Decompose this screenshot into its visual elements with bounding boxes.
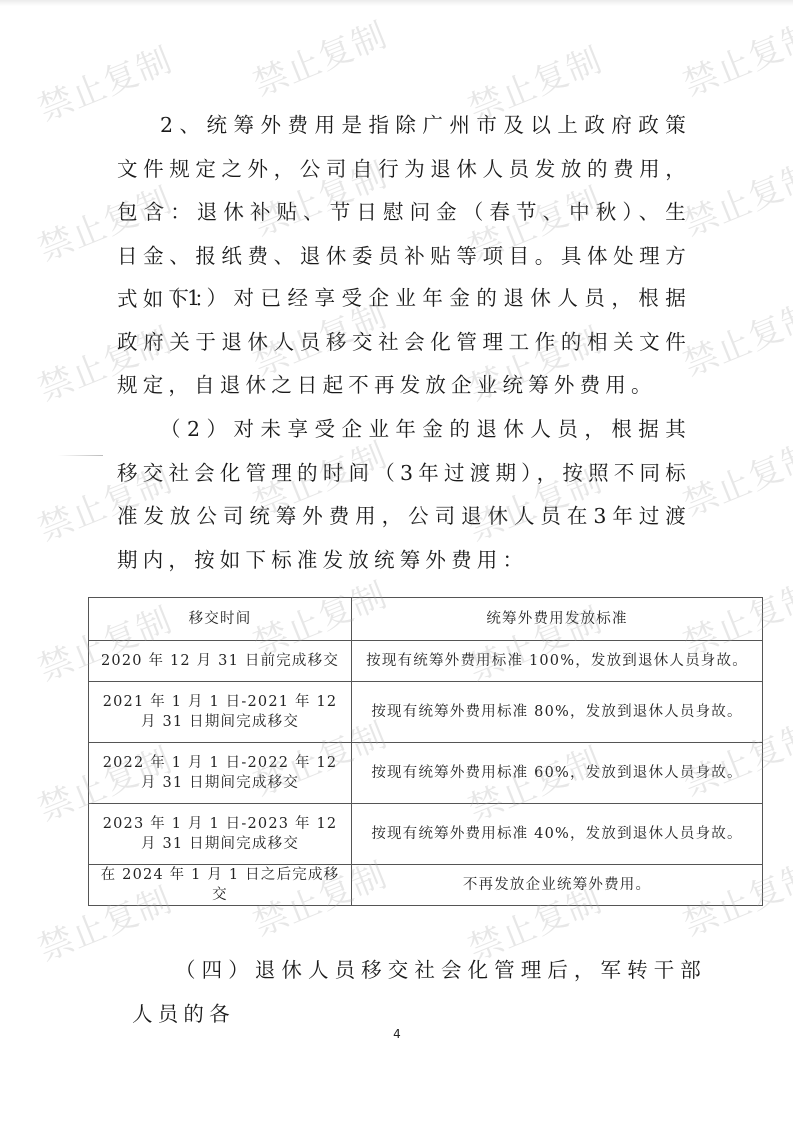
header-payment-standard: 统筹外费用发放标准 — [352, 598, 763, 641]
table-row: 2022 年 1 月 1 日-2022 年 12 月 31 日期间完成移交 按现… — [89, 743, 763, 804]
paragraph-text: （1）对已经享受企业年金的退休人员，根据政府关于退休人员移交社会化管理工作的相关… — [117, 277, 691, 408]
cell-payment-standard: 按现有统筹外费用标准 80%，发放到退休人员身故。 — [352, 682, 763, 743]
table-row: 在 2024 年 1 月 1 日之后完成移交 不再发放企业统筹外费用。 — [89, 865, 763, 906]
transfer-standard-table: 移交时间 统筹外费用发放标准 2020 年 12 月 31 日前完成移交 按现有… — [88, 597, 763, 906]
cell-transfer-time: 2022 年 1 月 1 日-2022 年 12 月 31 日期间完成移交 — [89, 743, 352, 804]
watermark-text: 禁止复制 — [675, 8, 793, 106]
watermark-text: 禁止复制 — [675, 428, 793, 526]
section-heading-text: （四）退休人员移交社会化管理后，军转干部人员的各 — [132, 949, 706, 1036]
cell-transfer-time: 2021 年 1 月 1 日-2021 年 12 月 31 日期间完成移交 — [89, 682, 352, 743]
table-row: 2021 年 1 月 1 日-2021 年 12 月 31 日期间完成移交 按现… — [89, 682, 763, 743]
table-row: 2020 年 12 月 31 日前完成移交 按现有统筹外费用标准 100%，发放… — [89, 641, 763, 682]
cell-transfer-time: 2023 年 1 月 1 日-2023 年 12 月 31 日期间完成移交 — [89, 804, 352, 865]
watermark-text: 禁止复制 — [245, 8, 393, 106]
cell-transfer-time: 在 2024 年 1 月 1 日之后完成移交 — [89, 865, 352, 906]
header-transfer-time: 移交时间 — [89, 598, 352, 641]
scan-shadow — [0, 0, 793, 6]
cell-payment-standard: 不再发放企业统筹外费用。 — [352, 865, 763, 906]
watermark-text: 禁止复制 — [675, 148, 793, 246]
document-page: 2、统筹外费用是指除广州市及以上政府政策文件规定之外，公司自行为退休人员发放的费… — [0, 0, 793, 1122]
table-header-row: 移交时间 统筹外费用发放标准 — [89, 598, 763, 641]
table-row: 2023 年 1 月 1 日-2023 年 12 月 31 日期间完成移交 按现… — [89, 804, 763, 865]
cell-payment-standard: 按现有统筹外费用标准 100%，发放到退休人员身故。 — [352, 641, 763, 682]
cell-payment-standard: 按现有统筹外费用标准 40%，发放到退休人员身故。 — [352, 804, 763, 865]
paragraph-text: （2）对未享受企业年金的退休人员，根据其移交社会化管理的时间（3年过渡期），按照… — [117, 408, 691, 582]
paragraph-item-1: （1）对已经享受企业年金的退休人员，根据政府关于退休人员移交社会化管理工作的相关… — [117, 277, 691, 408]
scan-artifact-line — [58, 455, 103, 456]
paragraph-item-2: （2）对未享受企业年金的退休人员，根据其移交社会化管理的时间（3年过渡期），按照… — [117, 408, 691, 582]
cell-payment-standard: 按现有统筹外费用标准 60%，发放到退休人员身故。 — [352, 743, 763, 804]
section-heading-4: （四）退休人员移交社会化管理后，军转干部人员的各 — [132, 949, 706, 1036]
cell-transfer-time: 2020 年 12 月 31 日前完成移交 — [89, 641, 352, 682]
watermark-text: 禁止复制 — [675, 288, 793, 386]
